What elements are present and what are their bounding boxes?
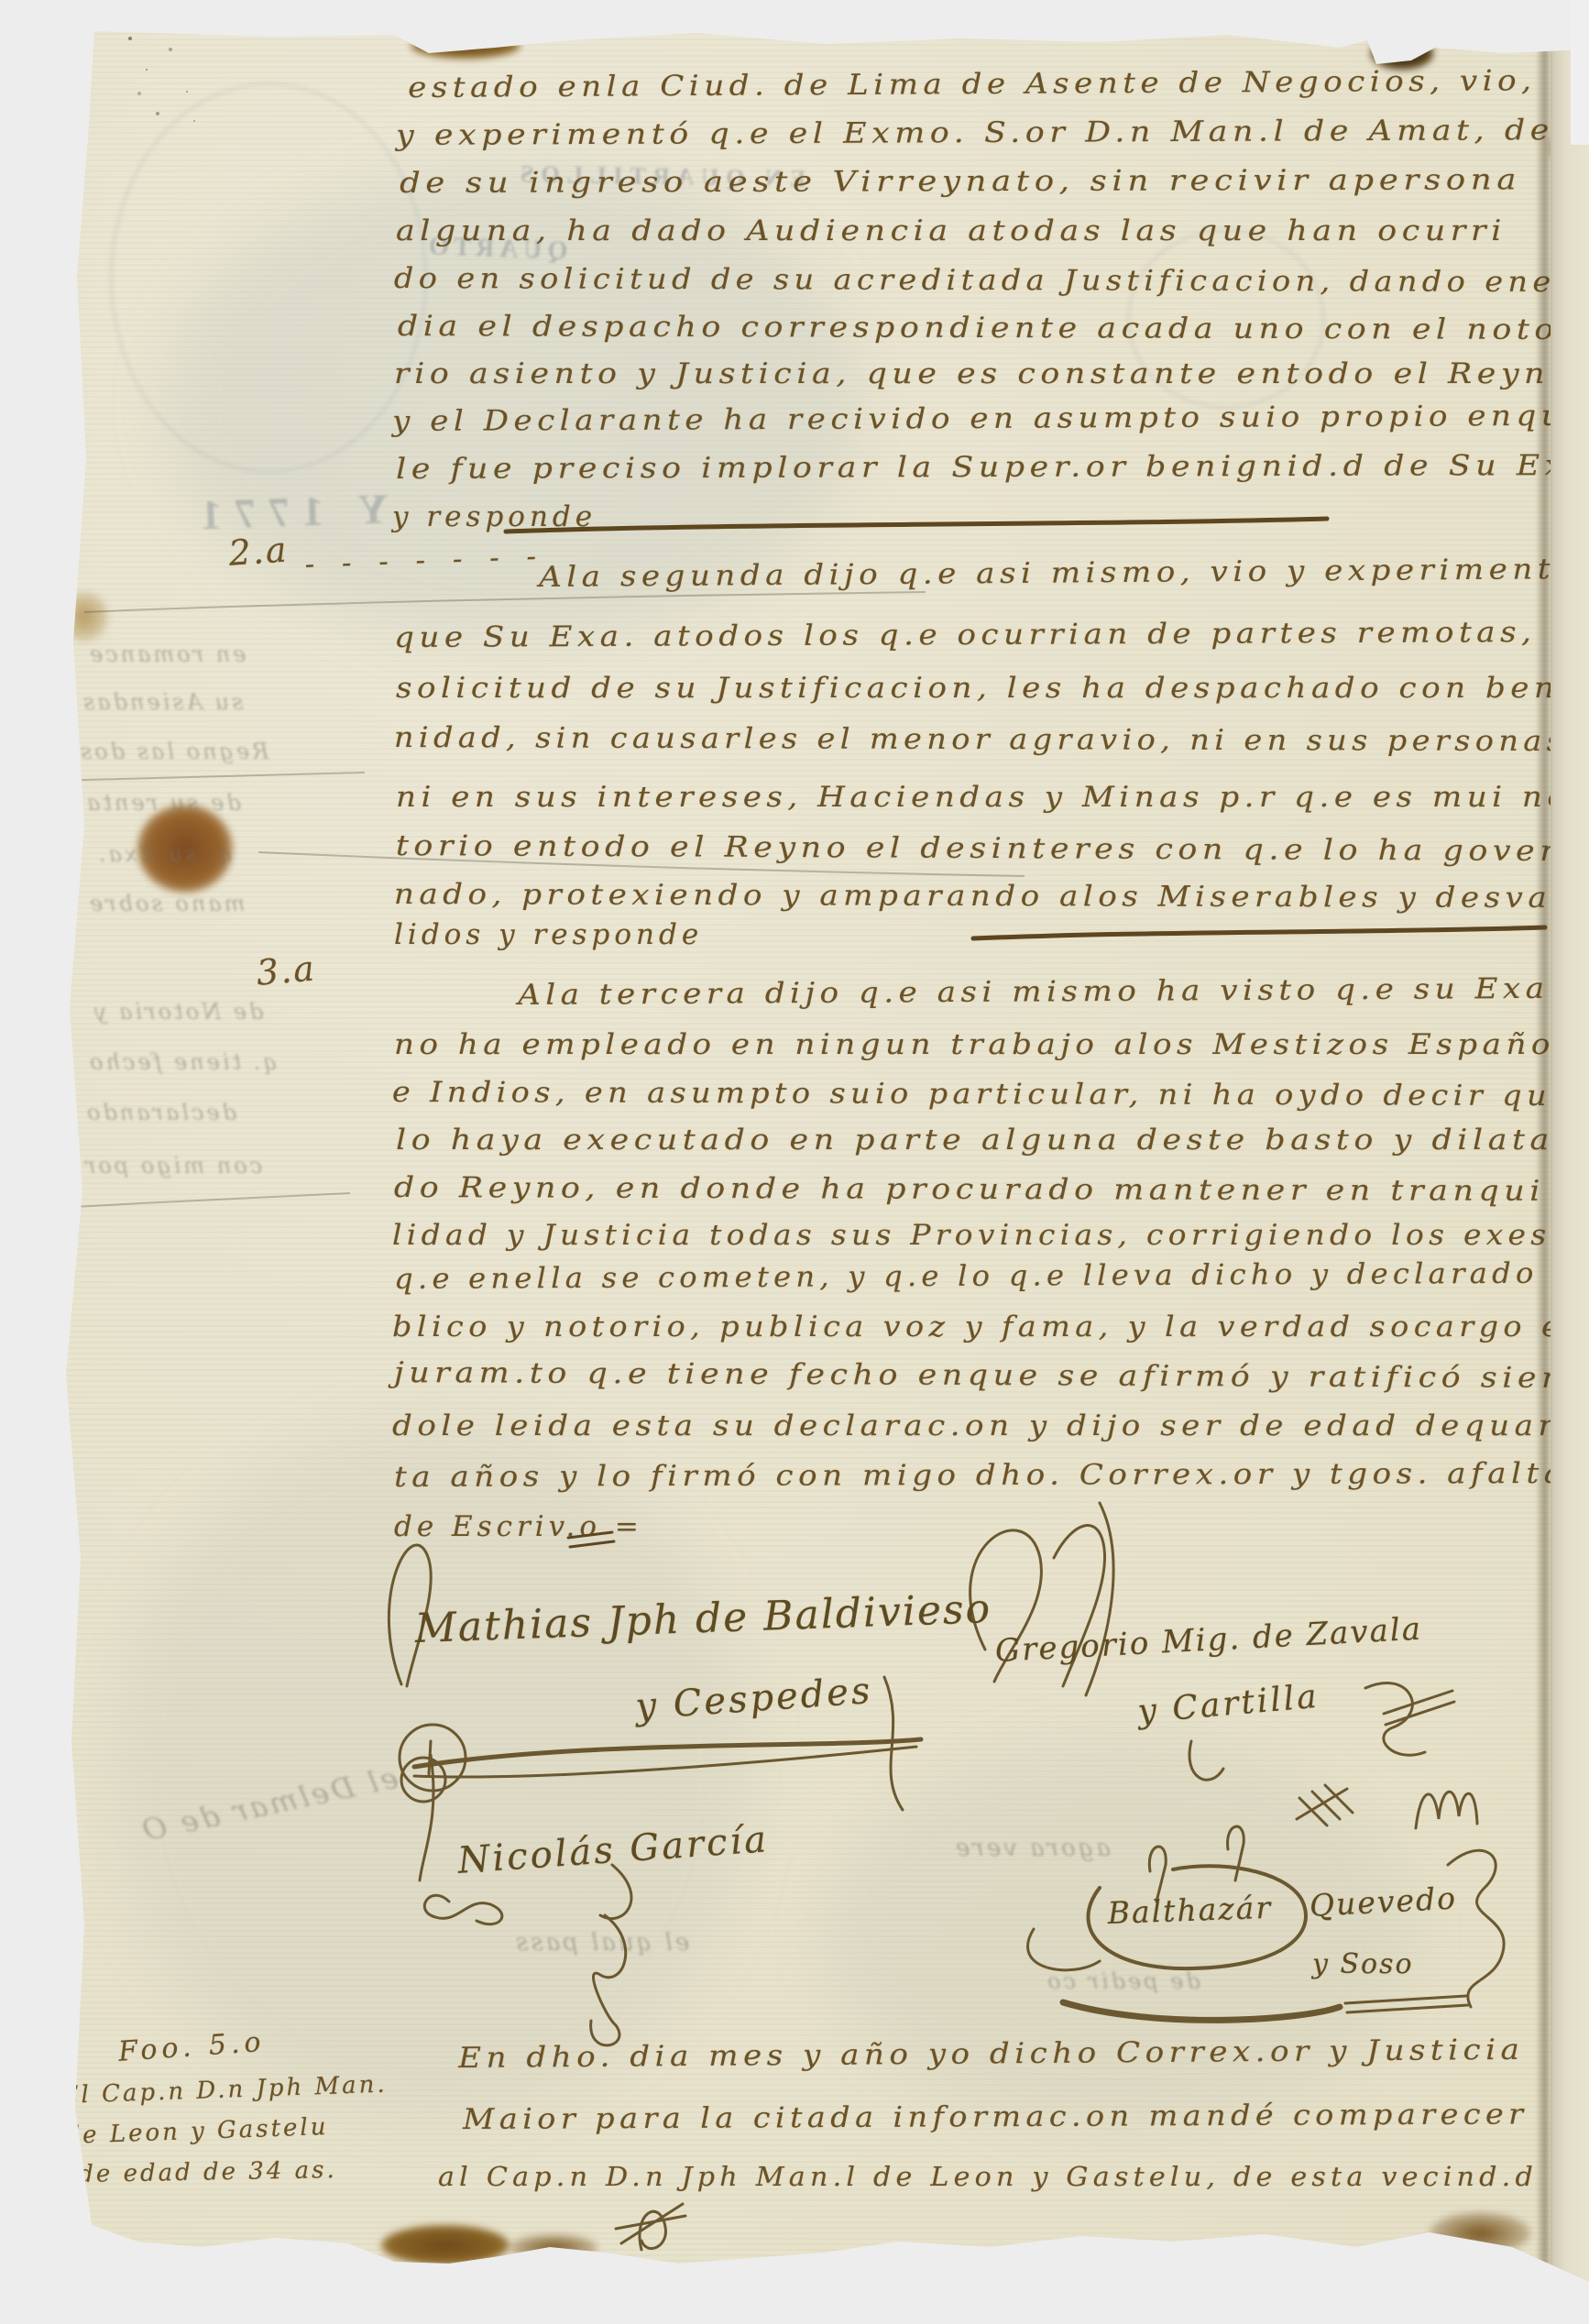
manuscript-line: no ha empleado en ningun trabajo alos Me…: [394, 1028, 1589, 1061]
binding-crease-shadow: [1536, 49, 1552, 2282]
answer-marker-3: 3.a: [255, 948, 318, 992]
manuscript-line: dia el despacho correspondiente acada un…: [398, 310, 1574, 346]
manuscript-line: nidad, sin causarles el menor agravio, n…: [394, 721, 1567, 758]
binding-fold-strip: [1551, 49, 1589, 2282]
ghost-line: de su renta: [84, 790, 241, 816]
manuscript-line: le fue preciso implorar la Super.or beni…: [396, 449, 1589, 486]
manuscript-line: do en solicitud de su acreditada Justifi…: [394, 262, 1571, 299]
ghost-line: el qual pass: [513, 1929, 689, 1957]
ghost-line: su Asiendas: [81, 689, 243, 715]
manuscript-line: e Indios, en asumpto suio particular, ni…: [392, 1076, 1574, 1113]
ghost-line: con migo por: [82, 1153, 262, 1178]
ghost-stamp-year: Y 1771: [187, 484, 389, 540]
bottom-stain: [510, 2234, 597, 2262]
manuscript-line: juram.to q.e tiene fecho enque se afirmó…: [394, 1356, 1567, 1395]
margin-note-line: de edad de 34 as.: [78, 2156, 337, 2188]
scanner-background-notch: [1571, 0, 1589, 145]
ghost-line: de Notoria y: [92, 999, 263, 1025]
signature-quevedo-line2: y Soso: [1312, 1948, 1414, 1980]
ghost-line: agora vere: [953, 1835, 1111, 1862]
manuscript-line: q.e enella se cometen, y q.e lo q.e llev…: [394, 1256, 1589, 1296]
ghost-line: declarando: [84, 1100, 236, 1125]
manuscript-line: lidad y Justicia todas sus Provincias, c…: [392, 1219, 1589, 1252]
ghost-line: q. su Exa.: [96, 841, 233, 867]
manuscript-line: que Su Exa. atodos los q.e ocurrian de p…: [394, 616, 1589, 654]
manuscript-line: alguna, ha dado Audiencia atodas las que…: [396, 214, 1507, 247]
manuscript-line: ni en sus intereses, Haciendas y Minas p…: [396, 781, 1571, 814]
manuscript-line: torio entodo el Reyno el desinteres con …: [396, 829, 1561, 868]
paper-sheet: Y 1771 EN QUARTILLOS QUARTO en romance s…: [0, 0, 1589, 2324]
edge-specks: [128, 37, 132, 40]
ghost-line: q. tiene fecho: [87, 1049, 278, 1075]
bottom-right-stain: [1430, 2212, 1530, 2254]
manuscript-line: lo haya executado en parte alguna deste …: [396, 1124, 1554, 1157]
top-edge-stain: [411, 33, 521, 59]
ghost-line: Regno las dos: [78, 739, 268, 764]
ghost-seal-ring: [110, 82, 427, 473]
scanned-manuscript-page: Y 1771 EN QUARTILLOS QUARTO en romance s…: [0, 0, 1589, 2324]
manuscript-line: do Reyno, en donde ha procurado mantener…: [394, 1171, 1545, 1208]
manuscript-line: nado, protexiendo y amparando alos Miser…: [394, 878, 1551, 915]
closing-line: Maior para la citada informac.on mandé c…: [463, 2098, 1529, 2136]
manuscript-line: blico y notorio, publica voz y fama, y l…: [392, 1310, 1579, 1343]
manuscript-line: y responde: [392, 500, 597, 533]
manuscript-line: y experimentó q.e el Exmo. S.or D.n Man.…: [396, 114, 1575, 152]
closing-line: al Cap.n D.n Jph Man.l de Leon y Gastelu…: [438, 2161, 1538, 2192]
ghost-line: de pedir co: [1045, 1968, 1200, 1994]
ghost-line: en romance: [87, 641, 246, 667]
manuscript-line: ta años y lo firmó con migo dho. Correx.…: [394, 1457, 1568, 1494]
manuscript-line: Ala tercera dijo q.e asi mismo ha visto …: [518, 972, 1564, 1012]
bottom-stain: [381, 2225, 510, 2265]
manuscript-line: y el Declarante ha recivido en asumpto s…: [392, 400, 1589, 438]
signature-quevedo-first: Balthazár: [1107, 1890, 1273, 1931]
manuscript-line: lidos y responde: [394, 918, 703, 951]
answer-marker-2: 2.a: [227, 529, 290, 573]
left-edge-stain-small: [60, 592, 108, 641]
manuscript-line: de Escriv.o =: [394, 1510, 643, 1543]
manuscript-line: dole leida esta su declarac.on y dijo se…: [392, 1409, 1589, 1442]
ghost-line: mano sobre: [87, 891, 245, 916]
manuscript-line: rio asiento y Justicia, que es constante…: [394, 357, 1574, 390]
manuscript-line: solicitud de su Justificacion, les ha de…: [396, 672, 1589, 705]
manuscript-line: de su ingreso aeste Virreynato, sin reci…: [400, 163, 1521, 200]
